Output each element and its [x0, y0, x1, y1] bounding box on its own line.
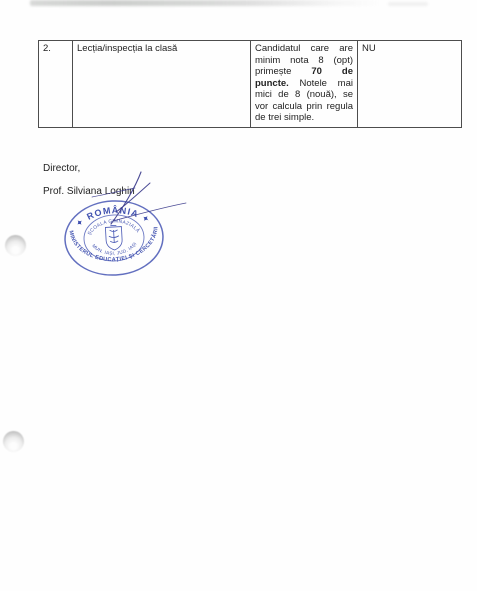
binder-hole-top	[5, 235, 26, 256]
evaluation-criteria-table: 2. Lecția/inspecția la clasă Candidatul …	[38, 40, 462, 128]
contestation-text: NU	[362, 43, 376, 54]
scan-artifact-top	[30, 0, 382, 6]
table-row: 2. Lecția/inspecția la clasă Candidatul …	[39, 41, 462, 128]
criterion-cell: Lecția/inspecția la clasă	[73, 41, 251, 128]
signature-stroke-underline	[92, 188, 135, 197]
row-number-cell: 2.	[39, 41, 73, 128]
criterion-text: Lecția/inspecția la clasă	[77, 43, 177, 54]
director-title: Director,	[43, 163, 80, 174]
signature-stroke-cross	[116, 183, 150, 212]
signature-stroke-long-diagonal	[111, 172, 141, 224]
row-number: 2.	[43, 43, 51, 54]
scanned-document-page: 2. Lecția/inspecția la clasă Candidatul …	[0, 0, 477, 591]
binder-hole-bottom	[3, 431, 24, 452]
details-cell: Candidatul care are minim nota 8 (opt) p…	[251, 41, 358, 128]
scan-artifact-top-right	[388, 2, 428, 6]
handwritten-signature	[85, 158, 245, 240]
contestation-cell: NU	[358, 41, 462, 128]
